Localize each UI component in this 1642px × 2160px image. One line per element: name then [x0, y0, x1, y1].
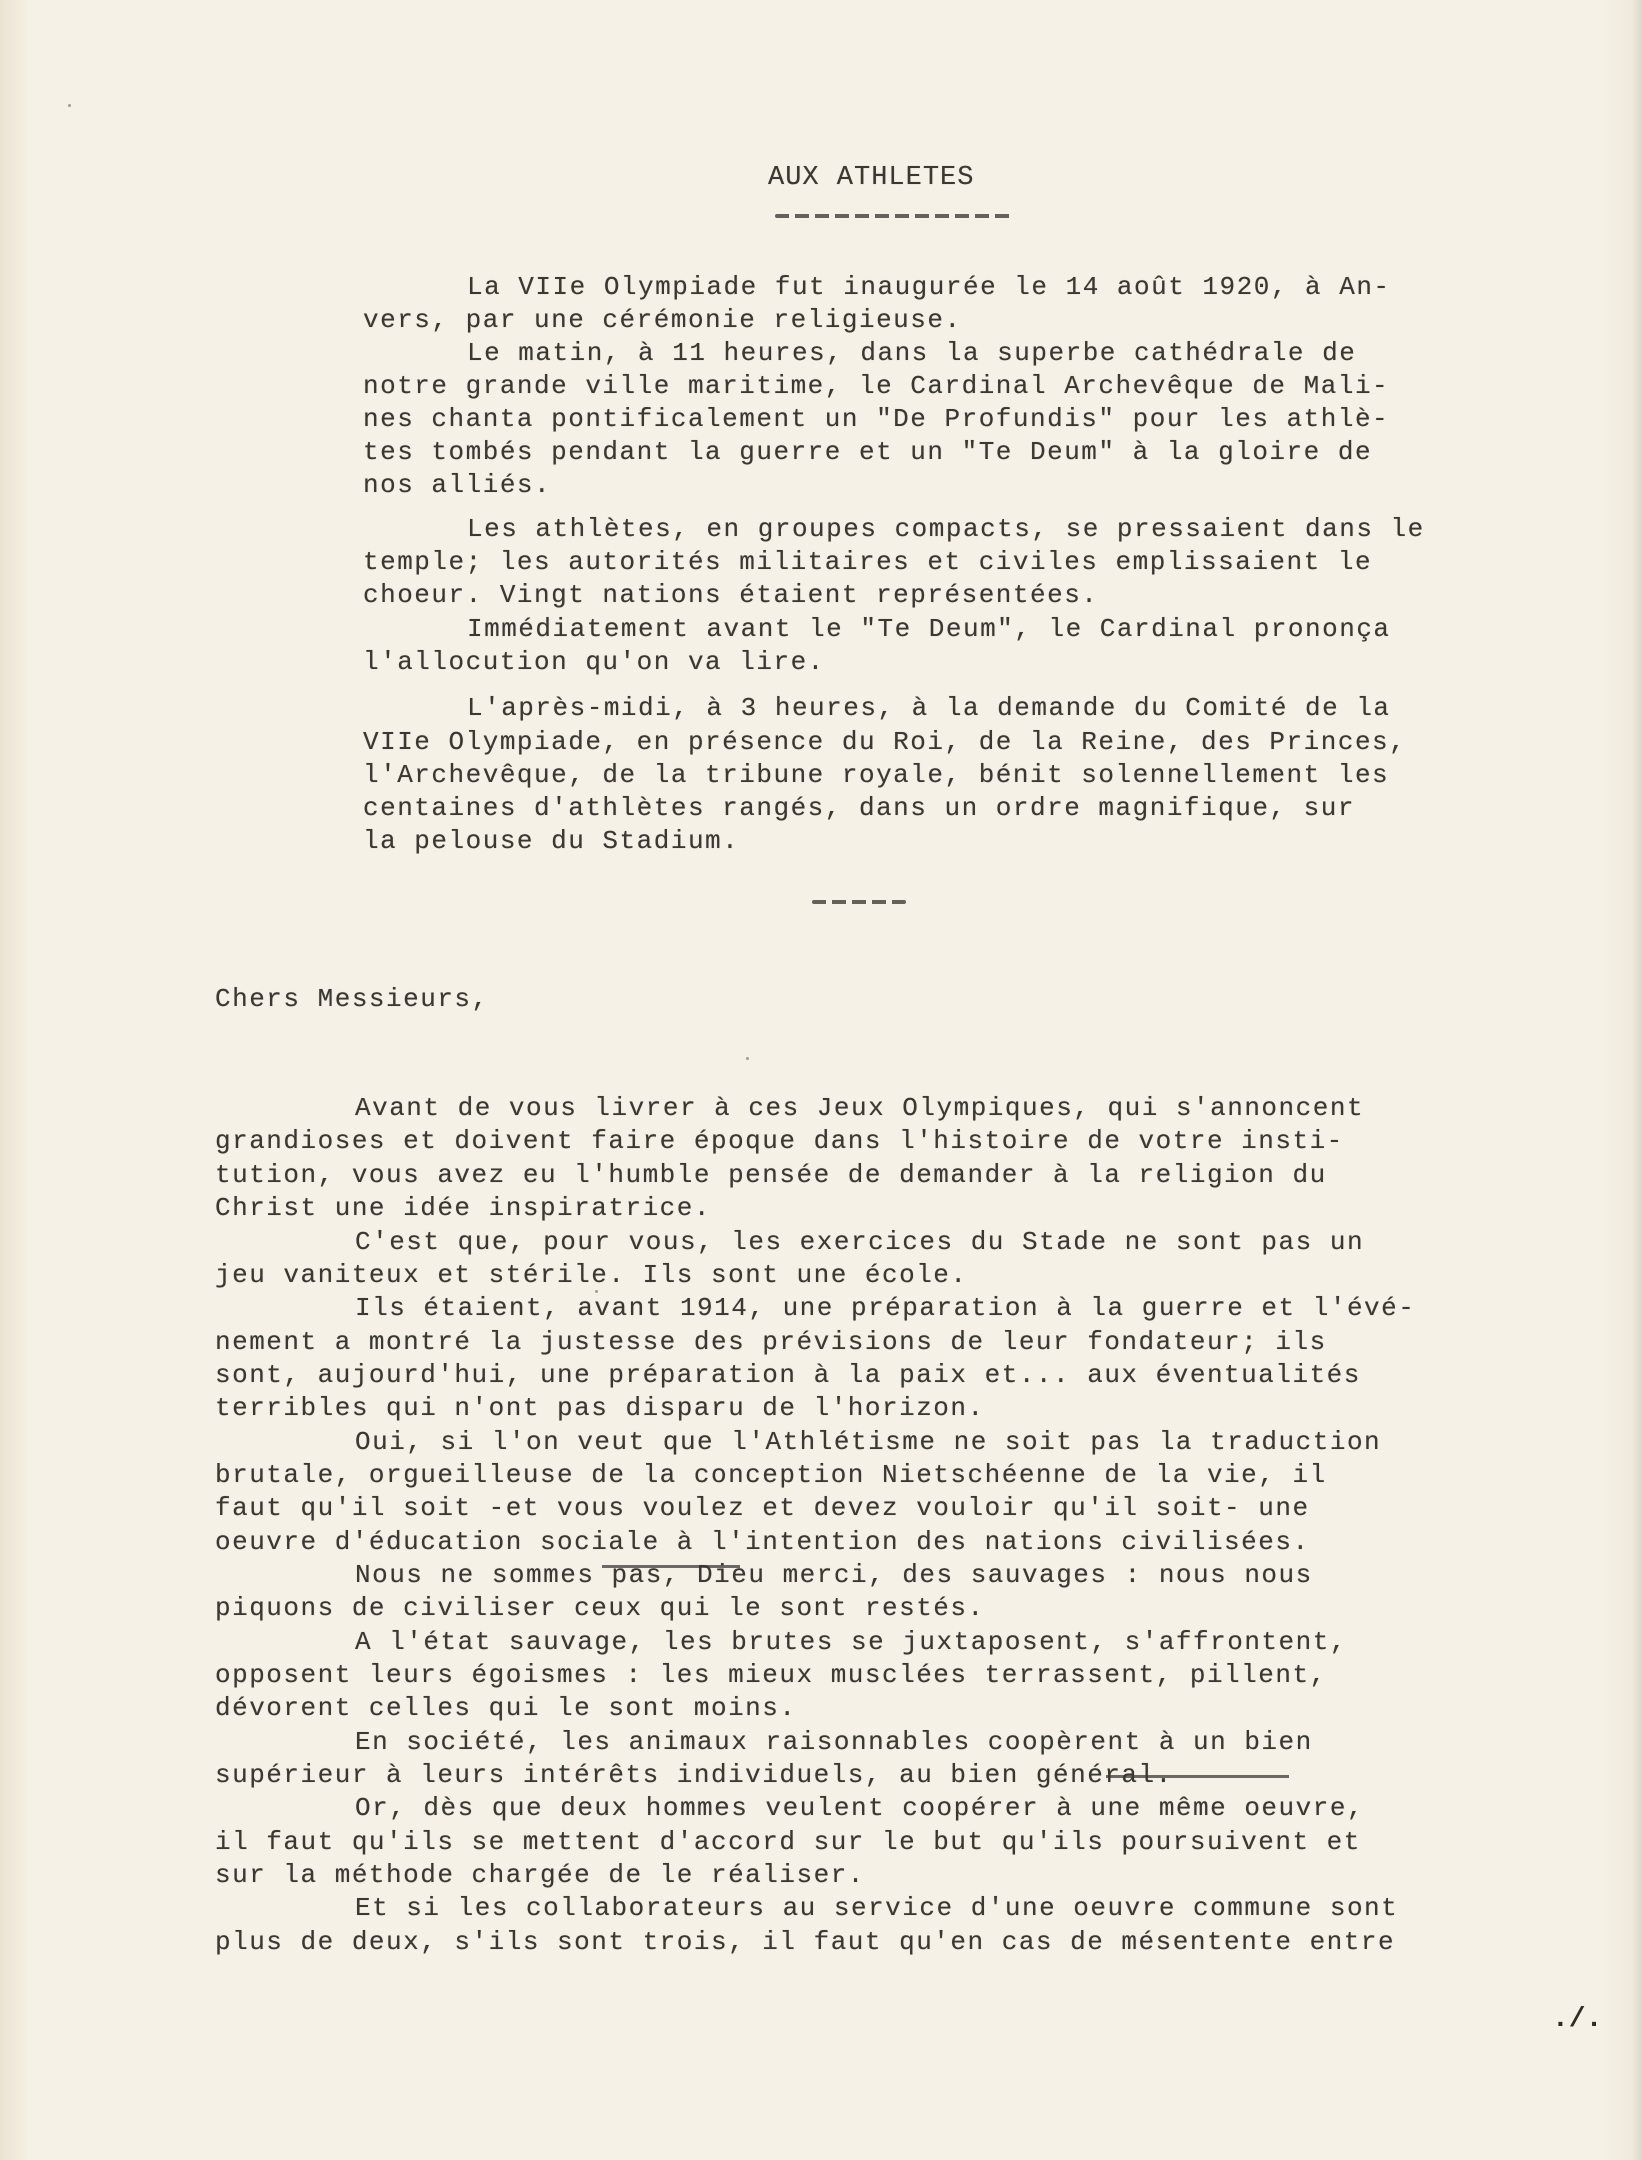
continuation-mark: ./.	[1552, 2004, 1602, 2035]
document-title: AUX ATHLETES	[768, 163, 974, 193]
intro-line: Le matin, à 11 heures, dans la superbe c…	[467, 338, 1356, 368]
intro-line: Les athlètes, en groupes compacts, se pr…	[467, 514, 1425, 544]
body-line: plus de deux, s'ils sont trois, il faut …	[215, 1927, 1395, 1957]
body-line: Ils étaient, avant 1914, une préparation…	[355, 1293, 1415, 1323]
intro-line: l'allocution qu'on va lire.	[363, 647, 825, 677]
title-underline-dashes	[775, 214, 1015, 218]
body-line: Oui, si l'on veut que l'Athlétisme ne so…	[355, 1427, 1381, 1457]
intro-line: VIIe Olympiade, en présence du Roi, de l…	[363, 727, 1406, 757]
body-line: jeu vaniteux et stérile. Ils sont une éc…	[215, 1260, 968, 1290]
salutation: Chers Messieurs,	[215, 984, 489, 1014]
body-line: terribles qui n'ont pas disparu de l'hor…	[215, 1393, 985, 1423]
body-line: faut qu'il soit -et vous voulez et devez…	[215, 1493, 1310, 1523]
body-line: opposent leurs égoismes : les mieux musc…	[215, 1660, 1327, 1690]
body-line: Avant de vous livrer à ces Jeux Olympiqu…	[355, 1093, 1364, 1123]
body-line: Nous ne sommes pas, Dieu merci, des sauv…	[355, 1560, 1313, 1590]
intro-line: nos alliés.	[363, 470, 551, 500]
typewritten-page: AUX ATHLETES La VIIe Olympiade fut inaug…	[0, 0, 1642, 2160]
intro-line: la pelouse du Stadium.	[363, 826, 739, 856]
body-line: tution, vous avez eu l'humble pensée de …	[215, 1160, 1327, 1190]
section-separator-dashes	[812, 900, 906, 904]
body-line: Christ une idée inspiratrice.	[215, 1193, 711, 1223]
intro-line: notre grande ville maritime, le Cardinal…	[363, 371, 1389, 401]
intro-line: La VIIe Olympiade fut inaugurée le 14 ao…	[467, 272, 1391, 302]
body-line: sont, aujourd'hui, une préparation à la …	[215, 1360, 1361, 1390]
intro-line: nes chanta pontificalement un "De Profun…	[363, 404, 1389, 434]
intro-line: temple; les autorités militaires et civi…	[363, 547, 1372, 577]
intro-line: choeur. Vingt nations étaient représenté…	[363, 580, 1098, 610]
body-line: C'est que, pour vous, les exercices du S…	[355, 1227, 1364, 1257]
paper-speck	[68, 104, 71, 107]
body-line: oeuvre d'éducation sociale à l'intention…	[215, 1527, 1310, 1557]
intro-line: vers, par une cérémonie religieuse.	[363, 305, 962, 335]
body-line: Or, dès que deux hommes veulent coopérer…	[355, 1793, 1364, 1823]
body-line: Et si les collaborateurs au service d'un…	[355, 1893, 1398, 1923]
intro-line: l'Archevêque, de la tribune royale, béni…	[363, 760, 1389, 790]
intro-line: Immédiatement avant le "Te Deum", le Car…	[467, 614, 1391, 644]
body-line: piquons de civiliser ceux qui le sont re…	[215, 1593, 985, 1623]
body-line: nement a montré la justesse des prévisio…	[215, 1327, 1327, 1357]
intro-line: tes tombés pendant la guerre et un "Te D…	[363, 437, 1372, 467]
body-line: brutale, orgueilleuse de la conception N…	[215, 1460, 1327, 1490]
body-line: grandioses et doivent faire époque dans …	[215, 1126, 1344, 1156]
body-line: A l'état sauvage, les brutes se juxtapos…	[355, 1627, 1347, 1657]
body-line: dévorent celles qui le sont moins.	[215, 1693, 797, 1723]
paper-speck	[595, 1290, 598, 1293]
paper-speck	[746, 1057, 749, 1060]
body-line: En société, les animaux raisonnables coo…	[355, 1727, 1313, 1757]
body-line: supérieur à leurs intérêts individuels, …	[215, 1760, 1173, 1790]
body-line: il faut qu'ils se mettent d'accord sur l…	[215, 1827, 1361, 1857]
intro-line: centaines d'athlètes rangés, dans un ord…	[363, 793, 1355, 823]
intro-line: L'après-midi, à 3 heures, à la demande d…	[467, 693, 1391, 723]
body-line: sur la méthode chargée de le réaliser.	[215, 1860, 865, 1890]
